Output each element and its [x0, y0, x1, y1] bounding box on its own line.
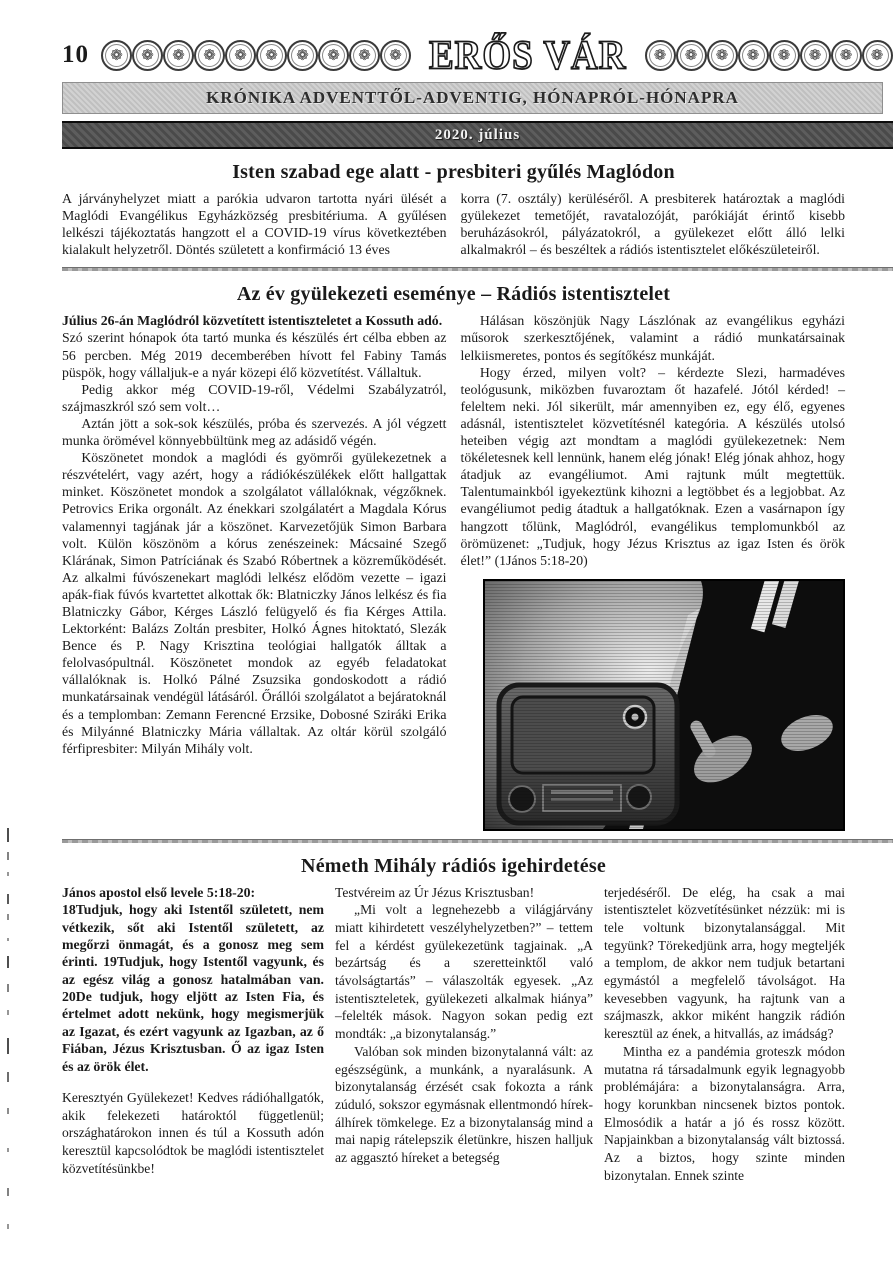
rosette-icon: ❁ — [132, 40, 163, 71]
scan-artifact — [7, 938, 9, 941]
article3-title: Németh Mihály rádiós igehirdetése — [62, 855, 845, 878]
paragraph: terjedéséről. De elég, ha csak a mai ist… — [604, 884, 845, 1043]
radio-photo-illustration — [485, 581, 843, 829]
chronicle-band: KRÓNIKA ADVENTTŐL-ADVENTIG, HÓNAPRÓL-HÓN… — [62, 82, 883, 114]
section-divider — [62, 839, 893, 843]
paragraph: Hálásan köszönjük Nagy Lászlónak az evan… — [461, 312, 846, 363]
scan-artifact — [7, 956, 9, 968]
article2-columns: Július 26-án Maglódról közvetített isten… — [62, 312, 845, 830]
scan-artifact — [7, 914, 9, 920]
paragraph: Hogy érzed, milyen volt? – kérdezte Slez… — [461, 364, 846, 569]
scan-artifact — [7, 872, 9, 876]
rosette-icon: ❁ — [676, 40, 707, 71]
paragraph: A járványhelyzet miatt a parókia udvaron… — [62, 190, 447, 258]
scan-artifact — [7, 1010, 9, 1015]
rosette-icon: ❁ — [380, 40, 411, 71]
scan-artifact — [7, 1108, 9, 1114]
paragraph: „Mi volt a legnehezebb a világjárvány mi… — [335, 901, 593, 1042]
scan-artifact — [7, 1148, 9, 1152]
article3-col1: János apostol első levele 5:18-20: 18Tud… — [62, 884, 324, 1184]
paragraph: Testvéreim az Úr Jézus Krisztusban! — [335, 884, 593, 902]
rosette-icon: ❁ — [862, 40, 893, 71]
rosette-icon: ❁ — [645, 40, 676, 71]
rosette-icon: ❁ — [318, 40, 349, 71]
article1-columns: A járványhelyzet miatt a parókia udvaron… — [62, 190, 845, 258]
scripture-text: 18Tudjuk, hogy aki Istentől született, n… — [62, 901, 324, 1075]
newspaper-page: 10 ❁ ❁ ❁ ❁ ❁ ❁ ❁ ❁ ❁ ❁ ERŐS VÁR ❁ ❁ ❁ ❁ … — [0, 0, 893, 1264]
rosette-icon: ❁ — [256, 40, 287, 71]
paragraph: Mintha ez a pandémia groteszk módon muta… — [604, 1043, 845, 1184]
article3-col2: Testvéreim az Úr Jézus Krisztusban! „Mi … — [335, 884, 593, 1184]
scan-artifact — [7, 1038, 9, 1054]
date-band: 2020. július — [62, 121, 893, 149]
article1-col2: korra (7. osztály) kerüléséről. A presbi… — [461, 190, 846, 258]
paragraph: Aztán jött a sok-sok készülés, próba és … — [62, 415, 447, 449]
masthead-row: 10 ❁ ❁ ❁ ❁ ❁ ❁ ❁ ❁ ❁ ❁ ERŐS VÁR ❁ ❁ ❁ ❁ … — [62, 38, 879, 72]
scripture-reference: János apostol első levele 5:18-20: — [62, 884, 324, 901]
rosette-icon: ❁ — [769, 40, 800, 71]
rosette-icon: ❁ — [800, 40, 831, 71]
scan-artifact — [7, 828, 9, 842]
rosette-icon: ❁ — [287, 40, 318, 71]
paragraph-lead: Július 26-án Maglódról közvetített isten… — [62, 312, 447, 329]
paragraph: korra (7. osztály) kerüléséről. A presbi… — [461, 190, 846, 258]
paragraph: Keresztyén Gyülekezet! Kedves rádióhallg… — [62, 1089, 324, 1177]
scan-artifact — [7, 852, 9, 860]
page-number: 10 — [62, 41, 89, 69]
rosette-icon: ❁ — [163, 40, 194, 71]
article3-columns: János apostol első levele 5:18-20: 18Tud… — [62, 884, 845, 1184]
section-divider — [62, 267, 893, 271]
scan-artifact — [7, 984, 9, 992]
ornament-row-right: ❁ ❁ ❁ ❁ ❁ ❁ ❁ ❁ ❁ ❁ — [645, 40, 893, 71]
article2-col-right: Hálásan köszönjük Nagy Lászlónak az evan… — [461, 312, 846, 830]
rosette-icon: ❁ — [225, 40, 256, 71]
article1-col1: A járványhelyzet miatt a parókia udvaron… — [62, 190, 447, 258]
scan-artifact — [7, 894, 9, 904]
rosette-icon: ❁ — [831, 40, 862, 71]
article2-title: Az év gyülekezeti eseménye – Rádiós iste… — [62, 283, 845, 306]
article2-col-left: Július 26-án Maglódról közvetített isten… — [62, 312, 447, 830]
newspaper-title: ERŐS VÁR — [419, 31, 637, 79]
article1-title: Isten szabad ege alatt - presbiteri gyűl… — [62, 161, 845, 184]
radio-photo — [483, 579, 845, 831]
paragraph: Pedig akkor még COVID-19-ről, Védelmi Sz… — [62, 381, 447, 415]
rosette-icon: ❁ — [707, 40, 738, 71]
paragraph: Köszönetet mondok a maglódi és gyömrői g… — [62, 449, 447, 757]
scan-artifact — [7, 1072, 9, 1082]
paragraph-gap — [62, 1075, 324, 1089]
rosette-icon: ❁ — [101, 40, 132, 71]
rosette-icon: ❁ — [194, 40, 225, 71]
paragraph: Valóban sok minden bizonytalanná vált: a… — [335, 1043, 593, 1167]
scan-artifact — [7, 1188, 9, 1196]
article3-col3: terjedéséről. De elég, ha csak a mai ist… — [604, 884, 845, 1184]
ornament-row-left: ❁ ❁ ❁ ❁ ❁ ❁ ❁ ❁ ❁ ❁ — [101, 40, 411, 71]
rosette-icon: ❁ — [738, 40, 769, 71]
scan-artifact — [7, 1224, 9, 1229]
rosette-icon: ❁ — [349, 40, 380, 71]
paragraph: Szó szerint hónapok óta tartó munka és k… — [62, 329, 447, 380]
